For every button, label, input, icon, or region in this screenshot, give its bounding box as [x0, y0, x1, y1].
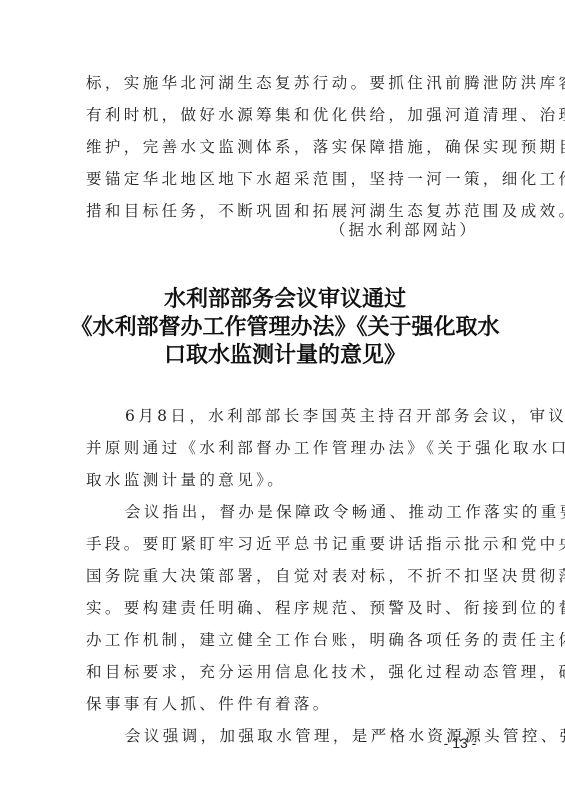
text-line: 要锚定华北地区地下水超采范围，坚持一河一策，细化工作举	[86, 163, 480, 195]
text-line: 保事事有人抓、件件有着落。	[86, 688, 480, 720]
article-paragraph-1: 6月8日，水利部部长李国英主持召开部务会议，审议 并原则通过《水利部督办工作管理…	[86, 400, 480, 496]
title-line: 《水利部督办工作管理办法》《关于强化取水	[60, 314, 510, 342]
title-line: 水利部部务会议审议通过	[60, 286, 510, 314]
article-paragraph-3: 会议强调，加强取水管理，是严格水资源源头管控、强	[86, 720, 480, 752]
article-paragraph-2: 会议指出，督办是保障政令畅通、推动工作落实的重要 手段。要盯紧盯牢习近平总书记重…	[86, 496, 480, 720]
text-line: 手段。要盯紧盯牢习近平总书记重要讲话指示批示和党中央、	[86, 528, 480, 560]
document-page: 标，实施华北河湖生态复苏行动。要抓住汛前腾泄防洪库容的 有利时机，做好水源筹集和…	[0, 0, 565, 800]
title-line: 口取水监测计量的意见》	[60, 342, 510, 370]
continued-paragraph: 标，实施华北河湖生态复苏行动。要抓住汛前腾泄防洪库容的 有利时机，做好水源筹集和…	[86, 67, 480, 227]
page-number: - 13 -	[430, 735, 490, 751]
source-attribution: （据水利部网站）	[330, 214, 478, 246]
text-line: 标，实施华北河湖生态复苏行动。要抓住汛前腾泄防洪库容的	[86, 67, 480, 99]
text-line: 维护，完善水文监测体系，落实保障措施，确保实现预期目标。	[86, 131, 480, 163]
article-title: 水利部部务会议审议通过 《水利部督办工作管理办法》《关于强化取水 口取水监测计量…	[60, 286, 510, 370]
text-line: 6月8日，水利部部长李国英主持召开部务会议，审议	[86, 400, 480, 432]
text-line: 会议强调，加强取水管理，是严格水资源源头管控、强	[86, 720, 480, 752]
text-line: 有利时机，做好水源筹集和优化供给，加强河道清理、治理和	[86, 99, 480, 131]
text-line: 办工作机制，建立健全工作台账，明确各项任务的责任主体	[86, 624, 480, 656]
text-line: 国务院重大决策部署，自觉对表对标，不折不扣坚决贯彻落	[86, 560, 480, 592]
text-line: 实。要构建责任明确、程序规范、预警及时、衔接到位的督	[86, 592, 480, 624]
text-line: 和目标要求，充分运用信息化技术，强化过程动态管理，确	[86, 656, 480, 688]
text-line: 会议指出，督办是保障政令畅通、推动工作落实的重要	[86, 496, 480, 528]
text-line: 取水监测计量的意见》。	[86, 464, 480, 496]
text-line: 并原则通过《水利部督办工作管理办法》《关于强化取水口	[86, 432, 480, 464]
